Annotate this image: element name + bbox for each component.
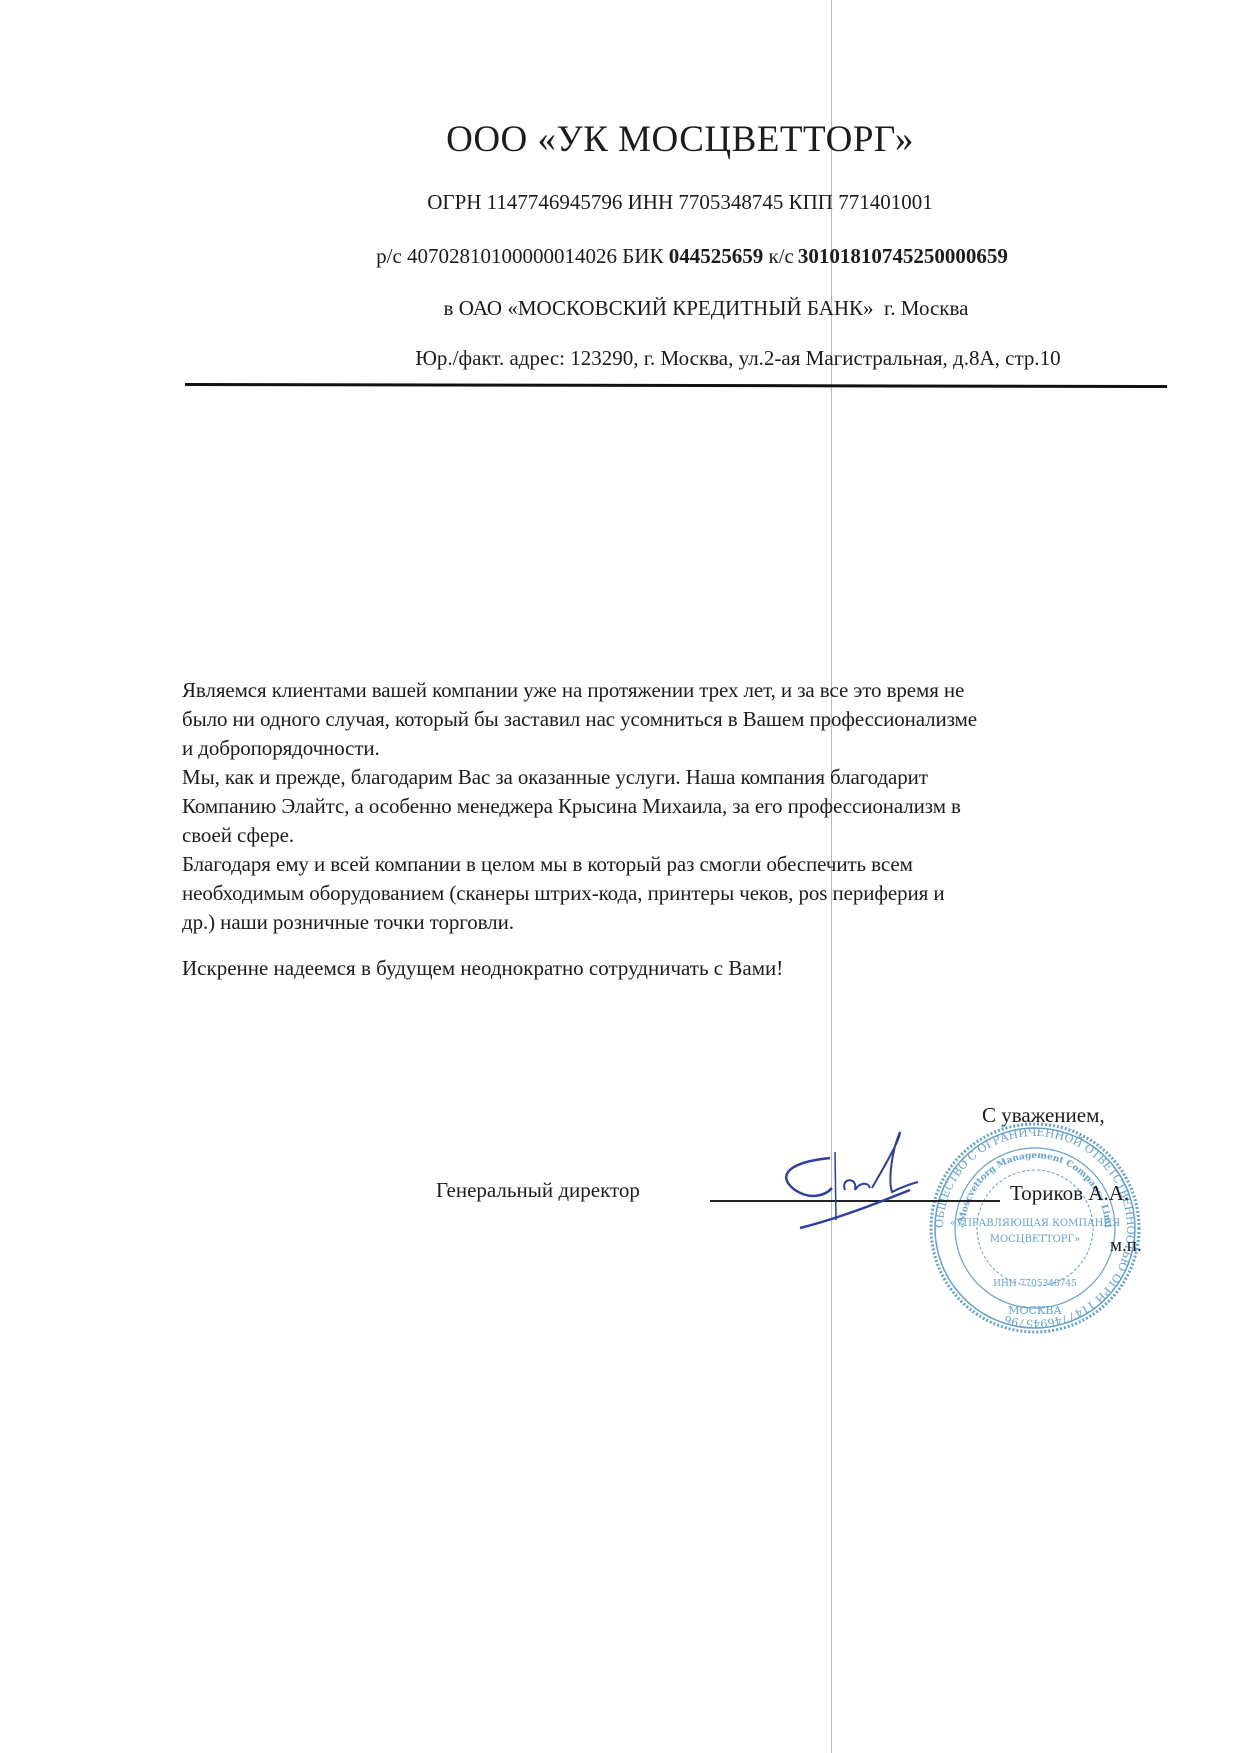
closing-sentence: Искренне надеемся в будущем неоднократно… (182, 956, 783, 981)
signatory-name: Ториков А.А. (1010, 1181, 1129, 1206)
ks-label: к/с (769, 244, 794, 268)
body-line: др.) наши розничные точки торговли. (182, 908, 1142, 937)
bank-account-details: р/с 40702810100000014026 БИК 044525659 к… (72, 244, 1240, 269)
body-line: Являемся клиентами вашей компании уже на… (182, 676, 1142, 705)
bik-label: БИК (622, 244, 663, 268)
handwritten-signature-icon (760, 1130, 940, 1240)
stamp-center-line2: МОСЦВЕТТОРГ» (990, 1234, 1080, 1245)
seal-mark: м.п. (1110, 1235, 1142, 1257)
ks-value: 30101810745250000659 (798, 244, 1008, 268)
stamp-inn: ИНН 7705348745 (993, 1279, 1077, 1289)
rs-label: р/с (376, 244, 402, 268)
legal-address: Юр./факт. адрес: 123290, г. Москва, ул.2… (118, 346, 1240, 371)
rs-value: 40702810100000014026 (407, 244, 617, 268)
body-line: было ни одного случая, который бы застав… (182, 705, 1142, 734)
header-divider (185, 383, 1167, 388)
company-name: ООО «УК МОСЦВЕТТОРГ» (60, 118, 1240, 161)
letter-body: Являемся клиентами вашей компании уже на… (182, 676, 1142, 937)
registration-details: ОГРН 1147746945796 ИНН 7705348745 КПП 77… (60, 190, 1240, 215)
bik-value: 044525659 (669, 244, 764, 268)
body-line: Мы, как и прежде, благодарим Вас за оказ… (182, 763, 1142, 792)
stamp-center-line1: «УПРАВЛЯЮЩАЯ КОМПАНИЯ (950, 1218, 1120, 1229)
bank-name: в ОАО «МОСКОВСКИЙ КРЕДИТНЫЙ БАНК» г. Мос… (86, 296, 1240, 321)
body-line: необходимым оборудованием (сканеры штрих… (182, 879, 1142, 908)
body-line: Компанию Элайтс, а особенно менеджера Кр… (182, 792, 1142, 821)
stamp-city: МОСКВА (1008, 1304, 1062, 1317)
body-line: и добропорядочности. (182, 734, 1142, 763)
body-line: Благодаря ему и всей компании в целом мы… (182, 850, 1142, 879)
body-line: своей сфере. (182, 821, 1142, 850)
company-stamp-icon: ОБЩЕСТВО С ОГРАНИЧЕННОЙ ОТВЕТСТВЕННОСТЬЮ… (928, 1118, 1143, 1338)
signatory-position: Генеральный директор (436, 1178, 640, 1203)
